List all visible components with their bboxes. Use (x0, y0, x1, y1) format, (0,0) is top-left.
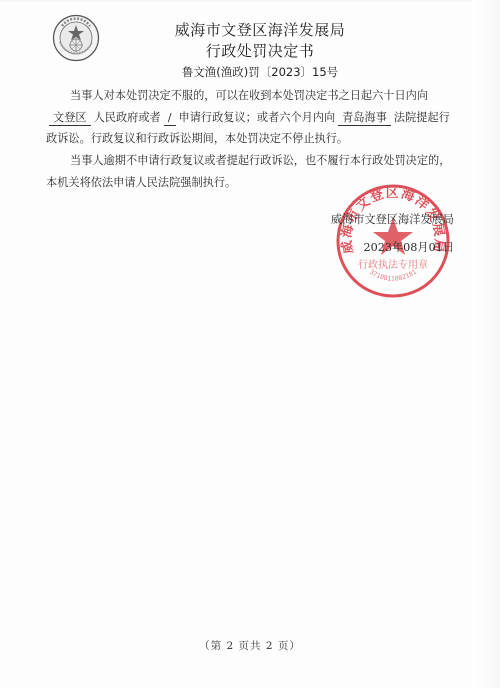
signature-block: 威海市文登区海洋发展局 2023年08月01日 (331, 208, 454, 260)
fill-review-alt: / (164, 111, 176, 126)
document-title: 行政处罚决定书 (150, 41, 370, 61)
agency-name: 威海市文登区海洋发展局 (150, 20, 370, 40)
paragraph1-part3: 申请行政复议；或者六个月内向 (179, 111, 336, 124)
fill-court: 青岛海事 (338, 111, 391, 126)
fill-review-body: 文登区 (49, 111, 91, 126)
scan-edge-top (0, 0, 500, 3)
document-number: 鲁文渔(渔政)罚〔2023〕15号 (150, 63, 370, 81)
paragraph-appeal-rights: 当事人对本处罚决定不服的，可以在收到本处罚决定书之日起六十日内向文登区人民政府或… (46, 85, 454, 150)
page-indicator: （第 2 页共 2 页） (0, 638, 500, 653)
issuer-name: 威海市文登区海洋发展局 (331, 208, 454, 232)
paragraph1-part2: 人民政府或者 (94, 111, 161, 124)
document-page: 威海市文登区海洋发展局 行政处罚决定书 鲁文渔(渔政)罚〔2023〕15号 当事… (0, 0, 500, 688)
document-header: 威海市文登区海洋发展局 行政处罚决定书 鲁文渔(渔政)罚〔2023〕15号 (150, 20, 370, 81)
china-fishery-law-enforcement-emblem-icon (52, 14, 100, 62)
scan-edge-right (472, 0, 500, 688)
paragraph1-part1: 当事人对本处罚决定不服的，可以在收到本处罚决定书之日起六十日内向 (70, 89, 428, 102)
issue-date: 2023年08月01日 (331, 236, 454, 260)
